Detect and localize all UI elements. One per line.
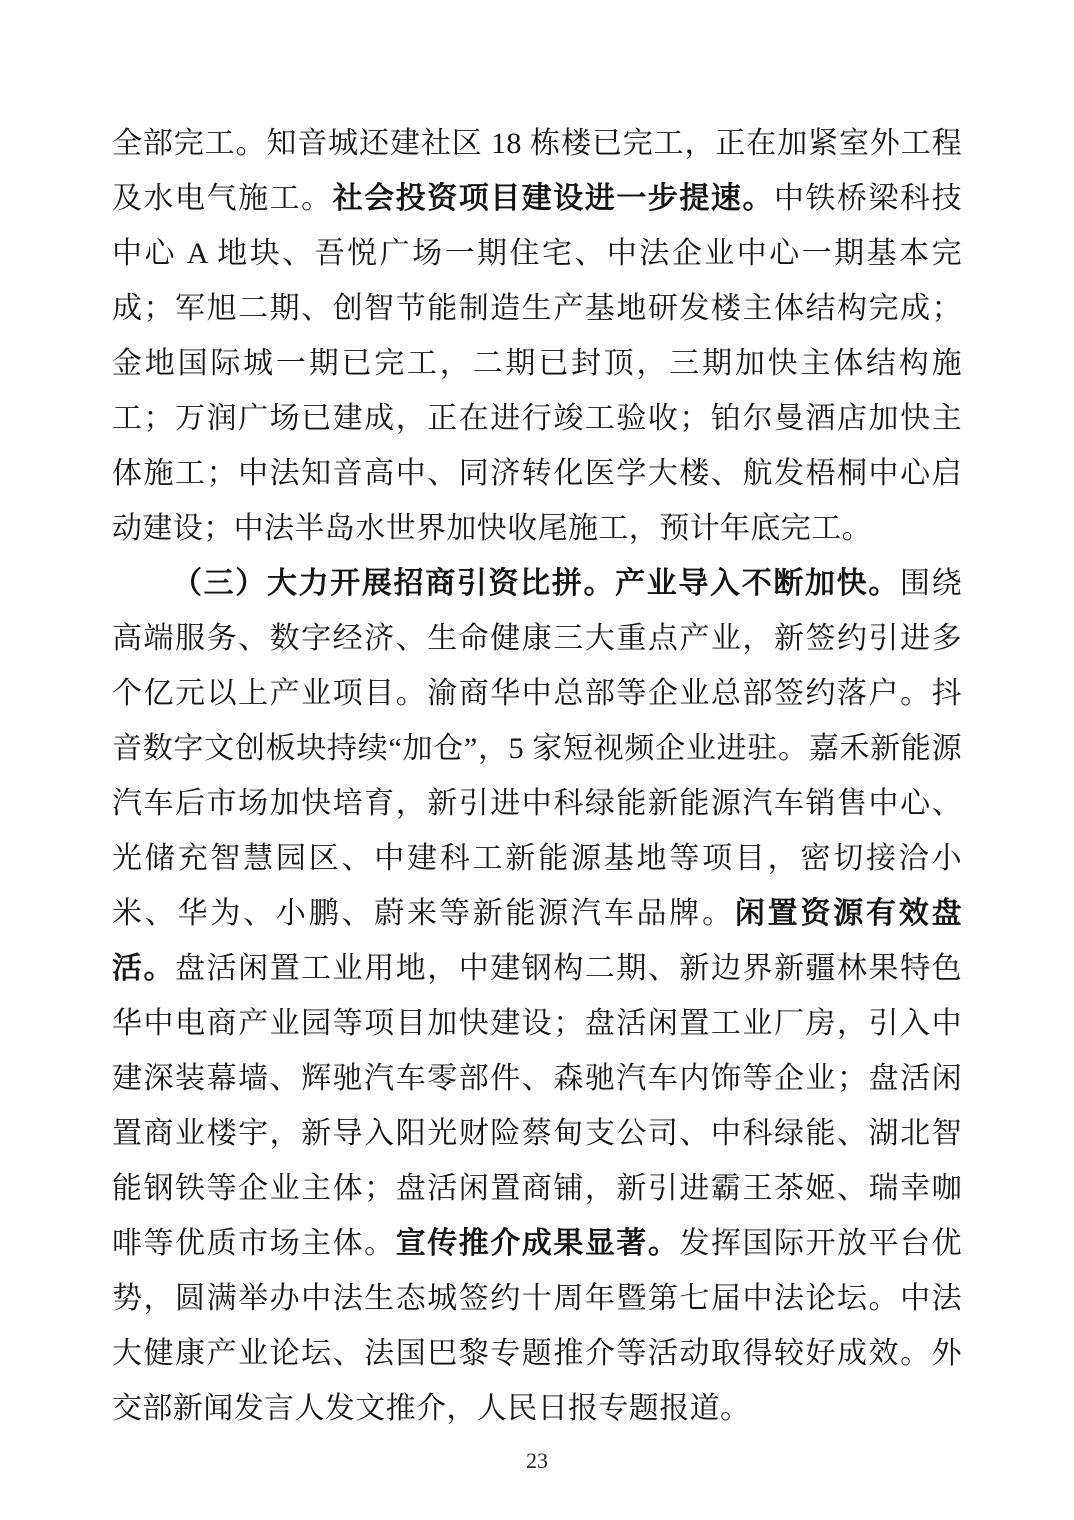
paragraph: 全部完工。知音城还建社区 18 栋楼已完工，正在加紧室外工程及水电气施工。社会投… bbox=[112, 116, 962, 556]
bold-text-run: 社会投资项目建设进一步提速。 bbox=[333, 182, 774, 215]
text-run: 围绕高端服务、数字经济、生命健康三大重点产业，新签约引进多个亿元以上产业项目。渝… bbox=[112, 567, 962, 930]
document-page: { "page": { "number": "23", "paragraphs"… bbox=[0, 0, 1074, 1520]
text-run: 中铁桥梁科技中心 A 地块、吾悦广场一期住宅、中法企业中心一期基本完成；军旭二期… bbox=[112, 182, 962, 545]
document-body: 全部完工。知音城还建社区 18 栋楼已完工，正在加紧室外工程及水电气施工。社会投… bbox=[0, 0, 1074, 1436]
text-run: 盘活闲置工业用地，中建钢构二期、新边界新疆林果特色华中电商产业园等项目加快建设；… bbox=[112, 952, 962, 1260]
page-number: 23 bbox=[0, 1448, 1074, 1474]
paragraph: （三）大力开展招商引资比拼。产业导入不断加快。围绕高端服务、数字经济、生命健康三… bbox=[112, 556, 962, 1436]
bold-text-run: （三）大力开展招商引资比拼。产业导入不断加快。 bbox=[172, 567, 900, 600]
bold-text-run: 宣传推介成果显著。 bbox=[396, 1227, 680, 1260]
